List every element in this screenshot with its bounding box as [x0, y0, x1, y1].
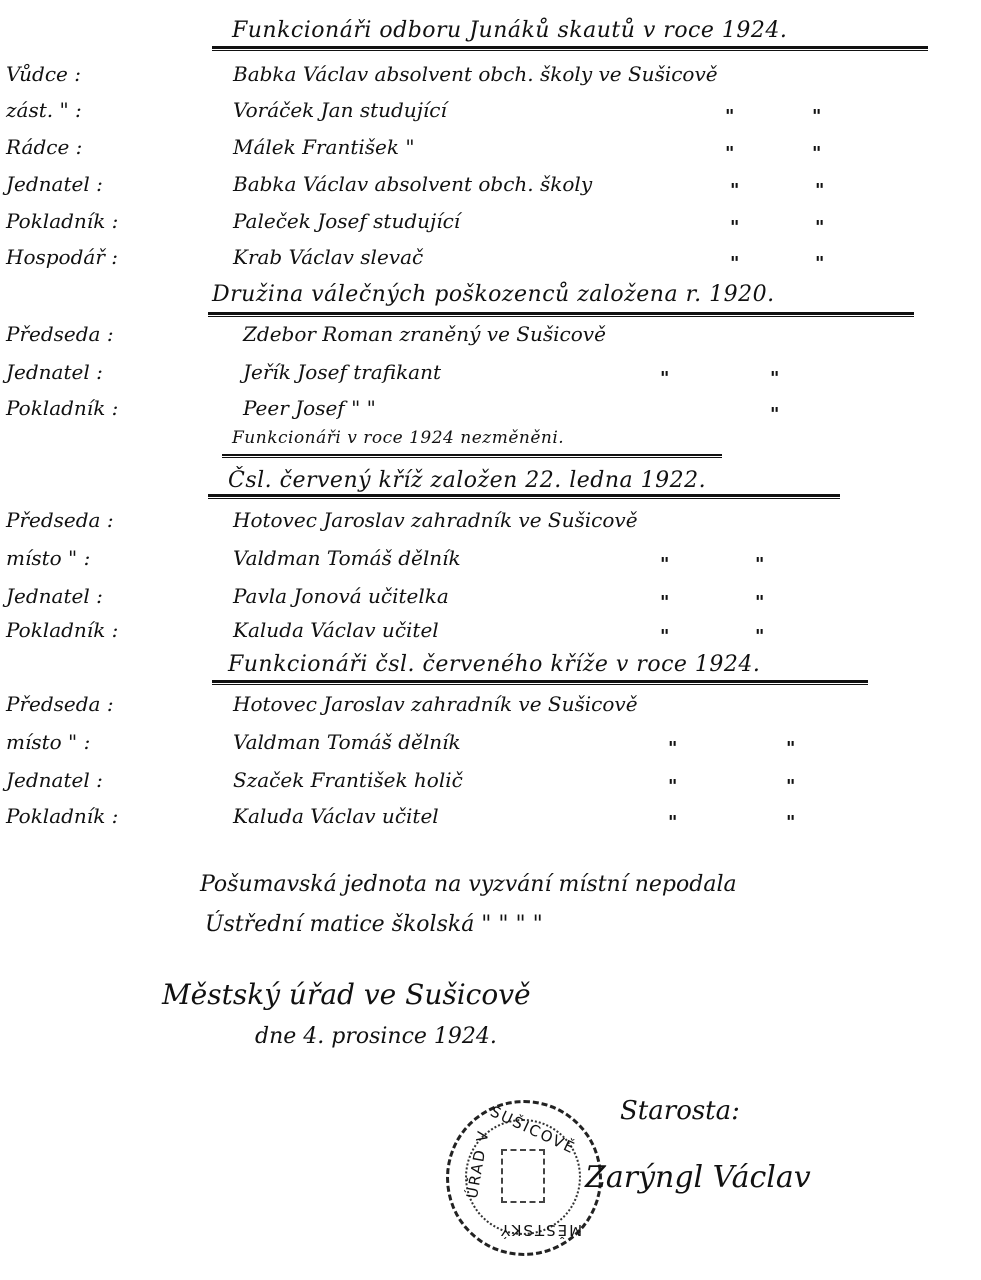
member-entry: Paleček Josef studující — [233, 209, 460, 233]
ditto-mark: " — [786, 776, 795, 797]
stamp-text-bottom: MĚSTSKÝ — [499, 1221, 582, 1239]
role-label: Předseda : — [6, 692, 176, 716]
ditto-mark: " — [755, 592, 764, 613]
ditto-mark: " — [770, 368, 779, 389]
ditto-mark: " — [660, 368, 669, 389]
ditto-mark: " — [812, 106, 821, 127]
member-entry: Málek František " — [233, 135, 415, 159]
heading-underline — [208, 312, 914, 317]
signature: Zarýngl Václav — [585, 1160, 811, 1195]
ditto-mark: " — [725, 143, 734, 164]
ditto-mark: " — [668, 812, 677, 833]
member-entry: Jeřík Josef trafikant — [243, 360, 441, 384]
role-label: Jednatel : — [6, 172, 176, 196]
footer-note: Pošumavská jednota na vyzvání místní nep… — [200, 872, 737, 897]
member-entry: Hotovec Jaroslav zahradník ve Sušicově — [233, 508, 638, 532]
member-entry: Zdebor Roman zraněný ve Sušicově — [243, 322, 606, 346]
member-entry: Szaček František holič — [233, 768, 463, 792]
member-entry: Kaluda Václav učitel — [233, 618, 439, 642]
ditto-mark: " — [730, 217, 739, 238]
official-stamp: SUŠICOVĚ ÚŘAD V MĚSTSKÝ — [446, 1100, 602, 1256]
ditto-mark: " — [815, 217, 824, 238]
ditto-mark: " — [660, 554, 669, 575]
ditto-mark: " — [786, 738, 795, 759]
role-label: Pokladník : — [6, 209, 176, 233]
member-entry: Kaluda Václav učitel — [233, 804, 439, 828]
ditto-mark: " — [815, 180, 824, 201]
ditto-mark: " — [770, 404, 779, 425]
member-entry: Voráček Jan studující — [233, 98, 447, 122]
ditto-mark: " — [725, 106, 734, 127]
role-label: Pokladník : — [6, 396, 176, 420]
signature-title: Starosta: — [620, 1096, 740, 1126]
member-entry: Hotovec Jaroslav zahradník ve Sušicově — [233, 692, 638, 716]
section-heading: Funkcionáři čsl. červeného kříže v roce … — [228, 652, 760, 677]
ditto-mark: " — [668, 776, 677, 797]
member-entry: Peer Josef " " — [243, 396, 376, 420]
role-label: místo " : — [6, 730, 176, 754]
ditto-mark: " — [660, 592, 669, 613]
document-page: Funkcionáři odboru Junáků skautů v roce … — [0, 0, 981, 1280]
role-label: Pokladník : — [6, 804, 176, 828]
document-date: dne 4. prosince 1924. — [255, 1024, 497, 1049]
stamp-crest-icon — [501, 1149, 545, 1203]
ditto-mark: " — [668, 738, 677, 759]
ditto-mark: " — [755, 554, 764, 575]
role-label: zást. " : — [6, 98, 176, 122]
ditto-mark: " — [755, 626, 764, 647]
office-name: Městský úřad ve Sušicově — [162, 978, 531, 1011]
role-label: Vůdce : — [6, 62, 176, 86]
role-label: Jednatel : — [6, 768, 176, 792]
ditto-mark: " — [730, 180, 739, 201]
footer-note: Ústřední matice školská " " " " — [205, 912, 543, 937]
role-label: Předseda : — [6, 322, 176, 346]
ditto-mark: " — [812, 143, 821, 164]
section-heading: Čsl. červený kříž založen 22. ledna 1922… — [228, 468, 706, 493]
section-heading: Funkcionáři odboru Junáků skautů v roce … — [232, 18, 787, 43]
role-label: Pokladník : — [6, 618, 176, 642]
heading-underline — [212, 680, 868, 685]
role-label: Rádce : — [6, 135, 176, 159]
ditto-mark: " — [786, 812, 795, 833]
member-entry: Babka Václav absolvent obch. školy — [233, 172, 592, 196]
member-entry: Pavla Jonová učitelka — [233, 584, 449, 608]
member-entry: Krab Václav slevač — [233, 245, 423, 269]
role-label: Jednatel : — [6, 584, 176, 608]
ditto-mark: " — [730, 253, 739, 274]
role-label: Hospodář : — [6, 245, 176, 269]
role-label: Předseda : — [6, 508, 176, 532]
member-entry: Valdman Tomáš dělník — [233, 730, 461, 754]
role-label: místo " : — [6, 546, 176, 570]
member-entry: Valdman Tomáš dělník — [233, 546, 461, 570]
ditto-mark: " — [815, 253, 824, 274]
member-entry: Babka Václav absolvent obch. školy ve Su… — [233, 62, 718, 86]
heading-underline — [208, 494, 840, 499]
heading-underline — [212, 46, 928, 51]
note-underline — [222, 454, 722, 458]
section-heading: Družina válečných poškozenců založena r.… — [212, 282, 775, 307]
role-label: Jednatel : — [6, 360, 176, 384]
ditto-mark: " — [660, 626, 669, 647]
section-note: Funkcionáři v roce 1924 nezměněni. — [232, 428, 564, 448]
